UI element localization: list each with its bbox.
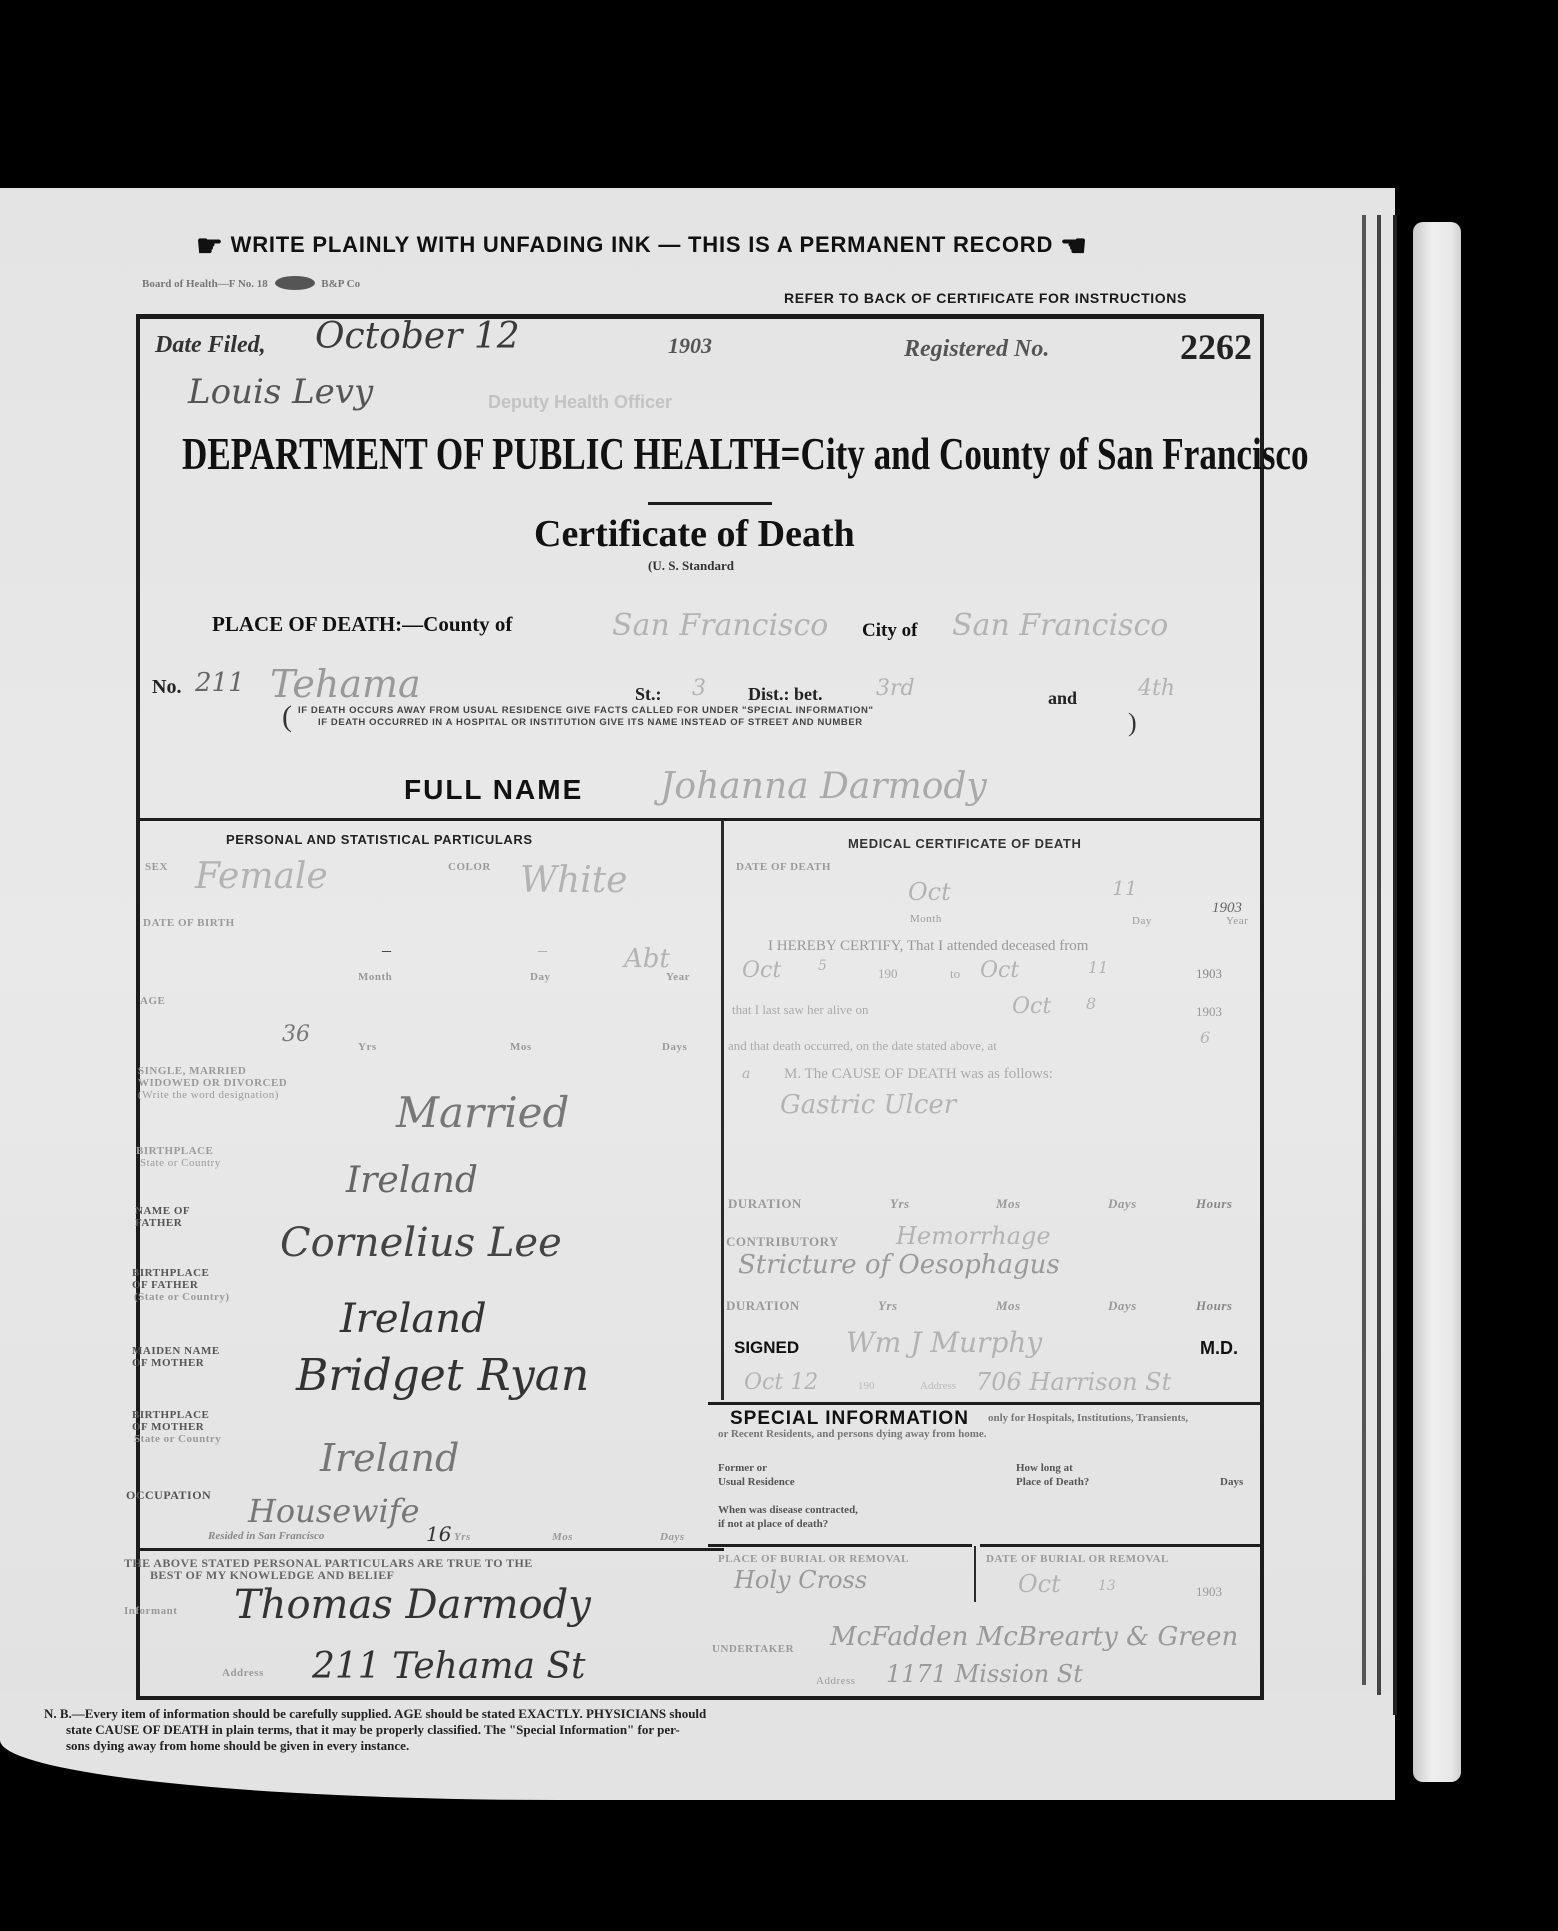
death-month: Oct (908, 878, 951, 906)
attended-from-month: Oct (742, 958, 781, 983)
dob-month-label: Month (358, 972, 392, 983)
footnote-line-1: N. B.—Every item of information should b… (44, 1706, 706, 1722)
contributory-cause-2: Stricture of Oesophagus (738, 1250, 1060, 1280)
mother-bp-label-1: BIRTHPLACE (132, 1410, 209, 1421)
attended-from-day: 5 (818, 958, 827, 974)
how-long-days-label: Days (1220, 1476, 1243, 1488)
attended-to-month: Oct (980, 958, 1019, 983)
burial-place-label: PLACE OF BURIAL OR REMOVAL (718, 1554, 909, 1565)
officer-signature: Louis Levy (188, 372, 373, 412)
how-long-label-1: How long at (1016, 1462, 1073, 1474)
full-name-value: Johanna Darmody (660, 766, 987, 807)
jurisdiction: =City and County of San Francisco (780, 429, 1308, 479)
undertaker-name: McFadden McBrearty & Green (830, 1622, 1238, 1652)
page-title: DEPARTMENT OF PUBLIC HEALTH=City and Cou… (182, 428, 1309, 480)
undertaker-label: UNDERTAKER (712, 1644, 794, 1655)
st-value: 3 (692, 676, 706, 701)
how-long-label-2: Place of Death? (1016, 1476, 1089, 1488)
burial-column-divider (974, 1546, 976, 1602)
county-value: San Francisco (612, 608, 828, 643)
filing-year: 1903 (668, 333, 712, 359)
marital-label-2: WIDOWED OR DIVORCED (138, 1078, 287, 1089)
district-label: Dist.: bet. (748, 684, 823, 705)
father-bp-label-1: BIRTHPLACE (132, 1268, 209, 1279)
md-label: M.D. (1200, 1338, 1238, 1359)
former-residence-label-1: Former or (718, 1462, 767, 1474)
duration-2-days-label: Days (1108, 1300, 1137, 1311)
physician-address-label: Address (920, 1380, 956, 1392)
union-label-icon (275, 276, 315, 290)
department-name: DEPARTMENT OF PUBLIC HEALTH (182, 429, 780, 479)
duration-mos-label: Mos (996, 1198, 1021, 1209)
undertaker-address-label: Address (816, 1676, 856, 1687)
between-street-2: 4th (1138, 676, 1175, 701)
place-of-death-label: PLACE OF DEATH:—County of (212, 612, 512, 637)
marital-label-1: SINGLE, MARRIED (138, 1066, 246, 1077)
former-residence-label-2: Usual Residence (718, 1476, 795, 1488)
age-days-label: Days (662, 1042, 687, 1053)
death-year-label: Year (1226, 916, 1248, 927)
special-info-divider (708, 1402, 1264, 1405)
undertaker-address: 1171 Mission St (886, 1660, 1083, 1688)
last-saw-month: Oct (1012, 994, 1051, 1019)
us-standard: (U. S. Standard (648, 558, 734, 574)
pointing-hand-icon: ☛ (196, 230, 224, 263)
street-name: Tehama (270, 662, 421, 706)
sex-label: SEX (145, 862, 168, 873)
special-info-sub-1: only for Hospitals, Institutions, Transi… (988, 1412, 1188, 1424)
signed-date: Oct 12 (744, 1370, 818, 1395)
marital-label-3: (Write the word designation) (138, 1090, 279, 1101)
father-label-1: NAME OF (135, 1206, 190, 1217)
attended-to-label: to (950, 966, 960, 982)
dob-year-label: Year (666, 972, 690, 983)
duration-2-label: DURATION (726, 1300, 800, 1311)
cause-text: M. The CAUSE OF DEATH was as follows: (784, 1066, 1053, 1083)
dob-label: DATE OF BIRTH (143, 918, 235, 929)
resided-days-label: Days (660, 1532, 685, 1543)
duration-2-yrs-label: Yrs (878, 1300, 898, 1311)
and-label: and (1048, 688, 1077, 709)
personal-heading: PERSONAL AND STATISTICAL PARTICULARS (226, 832, 533, 847)
pointing-hand-icon: ☚ (1060, 230, 1088, 263)
cause-of-death: Gastric Ulcer (780, 1090, 956, 1120)
dob-day: – (538, 940, 547, 961)
informant-address: 211 Tehama St (312, 1646, 586, 1687)
death-hour: 6 (1200, 1028, 1210, 1047)
residence-note-2: IF DEATH OCCURRED IN A HOSPITAL OR INSTI… (318, 717, 863, 728)
instruction-banner: ☛ WRITE PLAINLY WITH UNFADING INK — THIS… (196, 229, 1088, 264)
age-label: AGE (140, 996, 165, 1007)
footnote-line-2: state CAUSE OF DEATH in plain terms, tha… (66, 1722, 680, 1738)
birthplace-sub-label: State or Country (140, 1158, 221, 1169)
physician-signature: Wm J Murphy (846, 1326, 1042, 1359)
age-years: 36 (282, 1022, 310, 1047)
city-label: City of (862, 620, 917, 642)
occupation-value: Housewife (248, 1492, 420, 1530)
attended-to-year: 1903 (1196, 966, 1222, 982)
duration-label: DURATION (728, 1198, 802, 1209)
duration-hours-label: Hours (1196, 1198, 1232, 1209)
last-saw-day: 8 (1086, 994, 1096, 1013)
physician-address: 706 Harrison St (976, 1368, 1171, 1396)
informant-address-label: Address (222, 1668, 264, 1679)
duration-2-mos-label: Mos (996, 1300, 1021, 1311)
mother-bp-label-2: OF MOTHER (132, 1422, 204, 1433)
certificate-title: Certificate of Death (534, 512, 855, 556)
special-info-heading: SPECIAL INFORMATION (730, 1408, 969, 1430)
birthplace-value: Ireland (346, 1160, 478, 1201)
attended-from-year: 190 (878, 966, 898, 982)
resided-label: Resided in San Francisco (208, 1530, 324, 1542)
page-edge-line (1393, 215, 1397, 1715)
burial-day: 13 (1098, 1578, 1116, 1594)
registered-number: 2262 (1180, 326, 1252, 368)
medical-heading: MEDICAL CERTIFICATE OF DEATH (848, 836, 1081, 851)
between-street-1: 3rd (876, 676, 915, 701)
contributory-label: CONTRIBUTORY (726, 1236, 839, 1247)
death-day: 11 (1112, 876, 1137, 900)
residence-note-1: IF DEATH OCCURS AWAY FROM USUAL RESIDENC… (298, 705, 874, 716)
burial-date-label: DATE OF BURIAL OR REMOVAL (986, 1554, 1169, 1565)
age-months-label: Mos (510, 1042, 532, 1053)
informant-name: Thomas Darmody (234, 1582, 591, 1628)
occupation-label: OCCUPATION (126, 1490, 211, 1501)
mother-label-1: MAIDEN NAME (132, 1346, 220, 1357)
burial-year: 1903 (1196, 1584, 1222, 1600)
date-filed-label: Date Filed, (155, 332, 266, 359)
dob-month: – (382, 940, 391, 961)
contributory-cause-1: Hemorrhage (896, 1222, 1051, 1250)
date-filed-value: October 12 (315, 316, 520, 357)
signed-label: SIGNED (734, 1338, 799, 1358)
color-label: COLOR (448, 862, 491, 873)
duration-2-hours-label: Hours (1196, 1300, 1232, 1311)
column-divider (721, 820, 724, 1400)
refer-note: REFER TO BACK OF CERTIFICATE FOR INSTRUC… (784, 290, 1187, 306)
father-bp-label-3: (State or Country) (134, 1292, 230, 1303)
am-pm: a (742, 1066, 750, 1082)
age-years-label: Yrs (358, 1042, 377, 1053)
city-value: San Francisco (952, 608, 1168, 643)
footnote-line-3: sons dying away from home should be give… (66, 1738, 409, 1754)
contracted-label-1: When was disease contracted, (718, 1504, 858, 1516)
section-divider (136, 818, 1264, 821)
page-edge-line (1362, 215, 1366, 1685)
paren-right: ) (1128, 708, 1137, 738)
street-number: 211 (195, 668, 245, 698)
informant-label: Informant (124, 1606, 177, 1617)
last-saw-year: 1903 (1196, 1004, 1222, 1020)
father-name: Cornelius Lee (280, 1220, 562, 1266)
death-month-label: Month (910, 914, 942, 925)
signed-year: 190 (858, 1380, 875, 1392)
mother-label-2: OF MOTHER (132, 1358, 204, 1369)
resided-years: 16 (426, 1522, 451, 1546)
mother-birthplace: Ireland (320, 1436, 459, 1480)
contracted-label-2: if not at place of death? (718, 1518, 828, 1530)
st-label: St.: (635, 684, 662, 705)
title-divider (648, 502, 772, 505)
special-info-sub-2: or Recent Residents, and persons dying a… (718, 1428, 987, 1440)
sex-value: Female (195, 856, 328, 897)
form-number: Board of Health—F No. 18 B&P Co (142, 276, 360, 290)
resided-yrs-label: Yrs (454, 1532, 471, 1543)
burial-divider-right (980, 1544, 1264, 1547)
last-saw-text: that I last saw her alive on (732, 1002, 868, 1018)
duration-days-label: Days (1108, 1198, 1137, 1209)
full-name-label: FULL NAME (404, 774, 583, 806)
paren-left: ( (282, 700, 292, 734)
father-label-2: FATHER (135, 1218, 182, 1229)
street-no-label: No. (152, 676, 181, 699)
birthplace-label: BIRTHPLACE (136, 1146, 213, 1157)
death-day-label: Day (1132, 916, 1152, 927)
resided-mos-label: Mos (552, 1532, 573, 1543)
mother-bp-label-3: State or Country (134, 1434, 221, 1445)
informant-statement-2: BEST OF MY KNOWLEDGE AND BELIEF (150, 1568, 394, 1583)
father-bp-label-2: OF FATHER (132, 1280, 198, 1291)
dob-year: Abt (624, 944, 670, 974)
page-edge-line (1377, 215, 1381, 1695)
registered-label: Registered No. (904, 336, 1049, 363)
duration-yrs-label: Yrs (890, 1198, 910, 1209)
attended-to-day: 11 (1088, 958, 1108, 977)
occurred-text: and that death occurred, on the date sta… (728, 1038, 997, 1054)
father-birthplace: Ireland (340, 1296, 487, 1342)
certify-text: I HEREBY CERTIFY, That I attended deceas… (768, 938, 1088, 955)
mother-name: Bridget Ryan (296, 1350, 589, 1401)
burial-divider-left (708, 1544, 972, 1547)
book-binding (1413, 222, 1461, 1782)
death-date-label: DATE OF DEATH (736, 862, 831, 873)
burial-place: Holy Cross (734, 1566, 867, 1594)
officer-title: Deputy Health Officer (488, 392, 672, 413)
marital-value: Married (396, 1088, 569, 1137)
informant-divider (136, 1548, 724, 1551)
color-value: White (520, 860, 627, 901)
burial-month: Oct (1018, 1570, 1061, 1598)
dob-day-label: Day (530, 972, 550, 983)
